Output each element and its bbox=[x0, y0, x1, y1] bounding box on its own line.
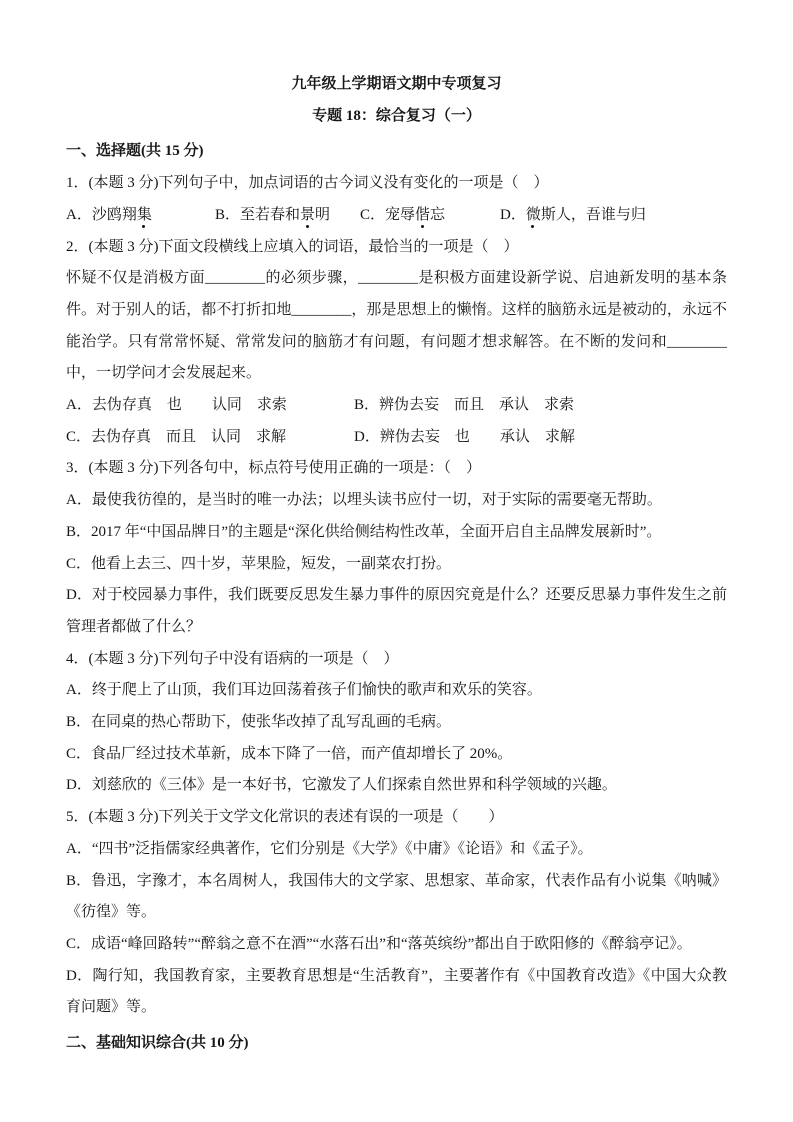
document-page: 九年级上学期语文期中专项复习 专题 18：综合复习（一） 一、选择题(共 15 … bbox=[0, 0, 793, 1122]
q1-option-c-dotted-char: 偕 bbox=[415, 203, 430, 224]
q4-stem: 4．(本题 3 分)下列句子中没有语病的一项是（ ） bbox=[66, 644, 727, 676]
q3-option-d: D．对于校园暴力事件，我们既要反思发生暴力事件的原因究竟是什么？还要反思暴力事件… bbox=[66, 580, 727, 643]
q5-option-c: C．成语“峰回路转”“醉翁之意不在酒”“水落石出”和“落英缤纷”都出自于欧阳修的… bbox=[66, 929, 727, 961]
q2-options-row-2: C．去伪存真 而且 认同 求解 D．辨伪去妄 也 承认 求解 bbox=[66, 422, 727, 454]
q5-option-d: D．陶行知，我国教育家，主要教育思想是“生活教育”，主要著作有《中国教育改造》《… bbox=[66, 961, 727, 1024]
q1-stem: 1．(本题 3 分)下列句子中，加点词语的古今词义没有变化的一项是（ ） bbox=[66, 168, 727, 200]
q1-option-b-dotted-char: 景 bbox=[300, 203, 315, 224]
q4-option-d: D．刘慈欣的《三体》是一本好书，它激发了人们探索自然世界和科学领域的兴趣。 bbox=[66, 770, 727, 802]
q1-option-c-text-after: 忘 bbox=[430, 207, 445, 223]
q5-option-a: A．“四书”泛指儒家经典著作，它们分别是《大学》《中庸》《论语》和《孟子》。 bbox=[66, 834, 727, 866]
q1-option-a-text: A．沙鸥翔 bbox=[66, 207, 137, 223]
q1-option-c-text: C．宠辱 bbox=[360, 207, 415, 223]
q1-option-b: B．至若春和景明 bbox=[215, 200, 330, 232]
section-2-heading: 二、基础知识综合(共 10 分) bbox=[66, 1028, 727, 1060]
q2-option-d: D．辨伪去妄 也 承认 求解 bbox=[354, 422, 575, 454]
section-1-heading: 一、选择题(共 15 分) bbox=[66, 136, 727, 168]
q3-option-c: C．他看上去三、四十岁，苹果脸，短发，一副菜农打扮。 bbox=[66, 549, 727, 581]
q1-option-d-dotted-char: 微 bbox=[526, 203, 541, 224]
q4-option-b: B．在同桌的热心帮助下，使张华改掉了乱写乱画的毛病。 bbox=[66, 707, 727, 739]
q1-options-row: A．沙鸥翔集 B．至若春和景明 C．宠辱偕忘 D．微斯人，吾谁与归 bbox=[66, 200, 727, 232]
q2-stem: 2．(本题 3 分)下面文段横线上应填入的词语，最恰当的一项是（ ） bbox=[66, 232, 727, 264]
q2-passage: 怀疑不仅是消极方面________的必须步骤，________是积极方面建设新学… bbox=[66, 263, 727, 390]
doc-subtitle: 专题 18：综合复习（一） bbox=[66, 101, 727, 133]
q5-stem: 5．(本题 3 分)下列关于文学文化常识的表述有误的一项是（ ） bbox=[66, 802, 727, 834]
q1-option-b-text-after: 明 bbox=[315, 207, 330, 223]
q1-option-d-text-after: 斯人，吾谁与归 bbox=[541, 207, 646, 223]
q4-option-c: C．食品厂经过技术革新，成本下降了一倍，而产值却增长了 20%。 bbox=[66, 739, 727, 771]
q1-option-d-text: D． bbox=[500, 207, 526, 223]
q2-option-a: A．去伪存真 也 认同 求索 bbox=[66, 397, 287, 413]
q1-option-b-text: B．至若春和 bbox=[215, 207, 300, 223]
q3-option-a: A．最使我彷徨的，是当时的唯一办法；以埋头读书应付一切，对于实际的需要毫无帮助。 bbox=[66, 485, 727, 517]
q1-option-a: A．沙鸥翔集 bbox=[66, 200, 152, 232]
q2-options-row-1: A．去伪存真 也 认同 求索 B．辨伪去妄 而且 承认 求索 bbox=[66, 390, 727, 422]
q3-option-b: B．2017 年“中国品牌日”的主题是“深化供给侧结构性改革，全面开启自主品牌发… bbox=[66, 517, 727, 549]
q5-option-b: B．鲁迅，字豫才，本名周树人，我国伟大的文学家、思想家、革命家，代表作品有小说集… bbox=[66, 866, 727, 929]
doc-title: 九年级上学期语文期中专项复习 bbox=[66, 69, 727, 101]
q3-stem: 3．(本题 3 分)下列各句中，标点符号使用正确的一项是：（ ） bbox=[66, 453, 727, 485]
q2-option-b: B．辨伪去妄 而且 承认 求索 bbox=[354, 390, 574, 422]
q4-option-a: A．终于爬上了山顶，我们耳边回荡着孩子们愉快的歌声和欢乐的笑容。 bbox=[66, 675, 727, 707]
q2-option-c: C．去伪存真 而且 认同 求解 bbox=[66, 429, 286, 445]
q1-option-c: C．宠辱偕忘 bbox=[360, 200, 445, 232]
q1-option-d: D．微斯人，吾谁与归 bbox=[500, 200, 646, 232]
q1-option-a-dotted-char: 集 bbox=[137, 203, 152, 224]
